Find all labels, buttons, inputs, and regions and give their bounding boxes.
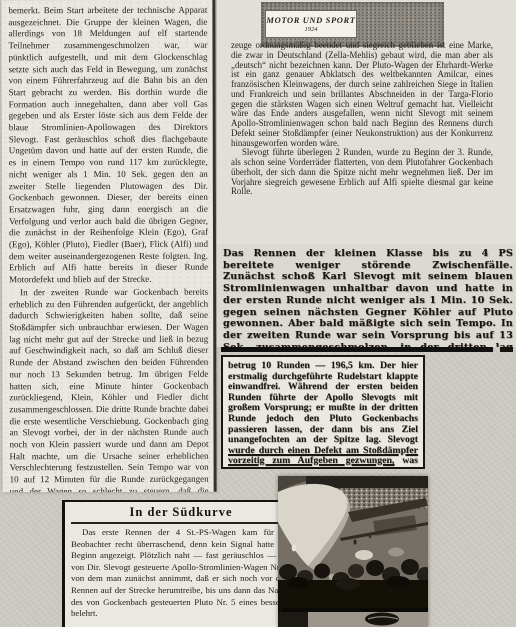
suedkurve-body: Das erste Rennen der 4 St.-PS-Wagen kam … [71,527,291,620]
scanned-magazine-page: bemerkt. Beim Start arbeitete der techni… [0,0,516,627]
race-summary-text: betrug 10 Runden — 196,5 km. Der hier er… [228,361,418,469]
left-article-column: bemerkt. Beim Start arbeitete der techni… [1,0,216,492]
race-summary-box: betrug 10 Runden — 196,5 km. Der hier er… [221,355,425,469]
magazine-title: MOTOR UND SPORT [266,15,356,25]
suedkurve-title: In der Südkurve [71,504,291,524]
right-column-text: zeuge ordnungsmäßig beendet und siegreic… [231,41,493,197]
thick-divider-rule [221,347,493,352]
summary-text-before: betrug 10 Runden — 196,5 km. Der hier er… [228,360,418,445]
right-paragraph-2: Slevogt führte überlegen 2 Runden, wurde… [231,148,493,197]
summary-underlined-text: wurde durch einen Defekt am Stoßdämpfer … [228,445,418,467]
suedkurve-racetrack-photo [278,476,428,627]
racetrack-curve-illustration [278,476,428,627]
right-article-column: MOTOR UND SPORT 1924 zeuge ordnungsmäßig… [217,0,516,244]
magazine-title-badge: MOTOR UND SPORT 1924 [265,10,357,38]
left-paragraph-2: In der zweiten Runde war Gockenbach bere… [9,287,209,493]
divider-rule-fragment [500,347,513,352]
suedkurve-report-box: In der Südkurve Das erste Rennen der 4 S… [62,500,297,627]
fraktur-race-note: Das Rennen der kleinen Klasse bis zu 4 P… [217,244,516,347]
left-paragraph-1: bemerkt. Beim Start arbeitete der techni… [8,5,208,286]
magazine-year: 1924 [266,26,356,33]
right-paragraph-1: zeuge ordnungsmäßig beendet und siegreic… [231,41,493,148]
fraktur-text: Das Rennen der kleinen Klasse bis zu 4 P… [223,248,513,347]
